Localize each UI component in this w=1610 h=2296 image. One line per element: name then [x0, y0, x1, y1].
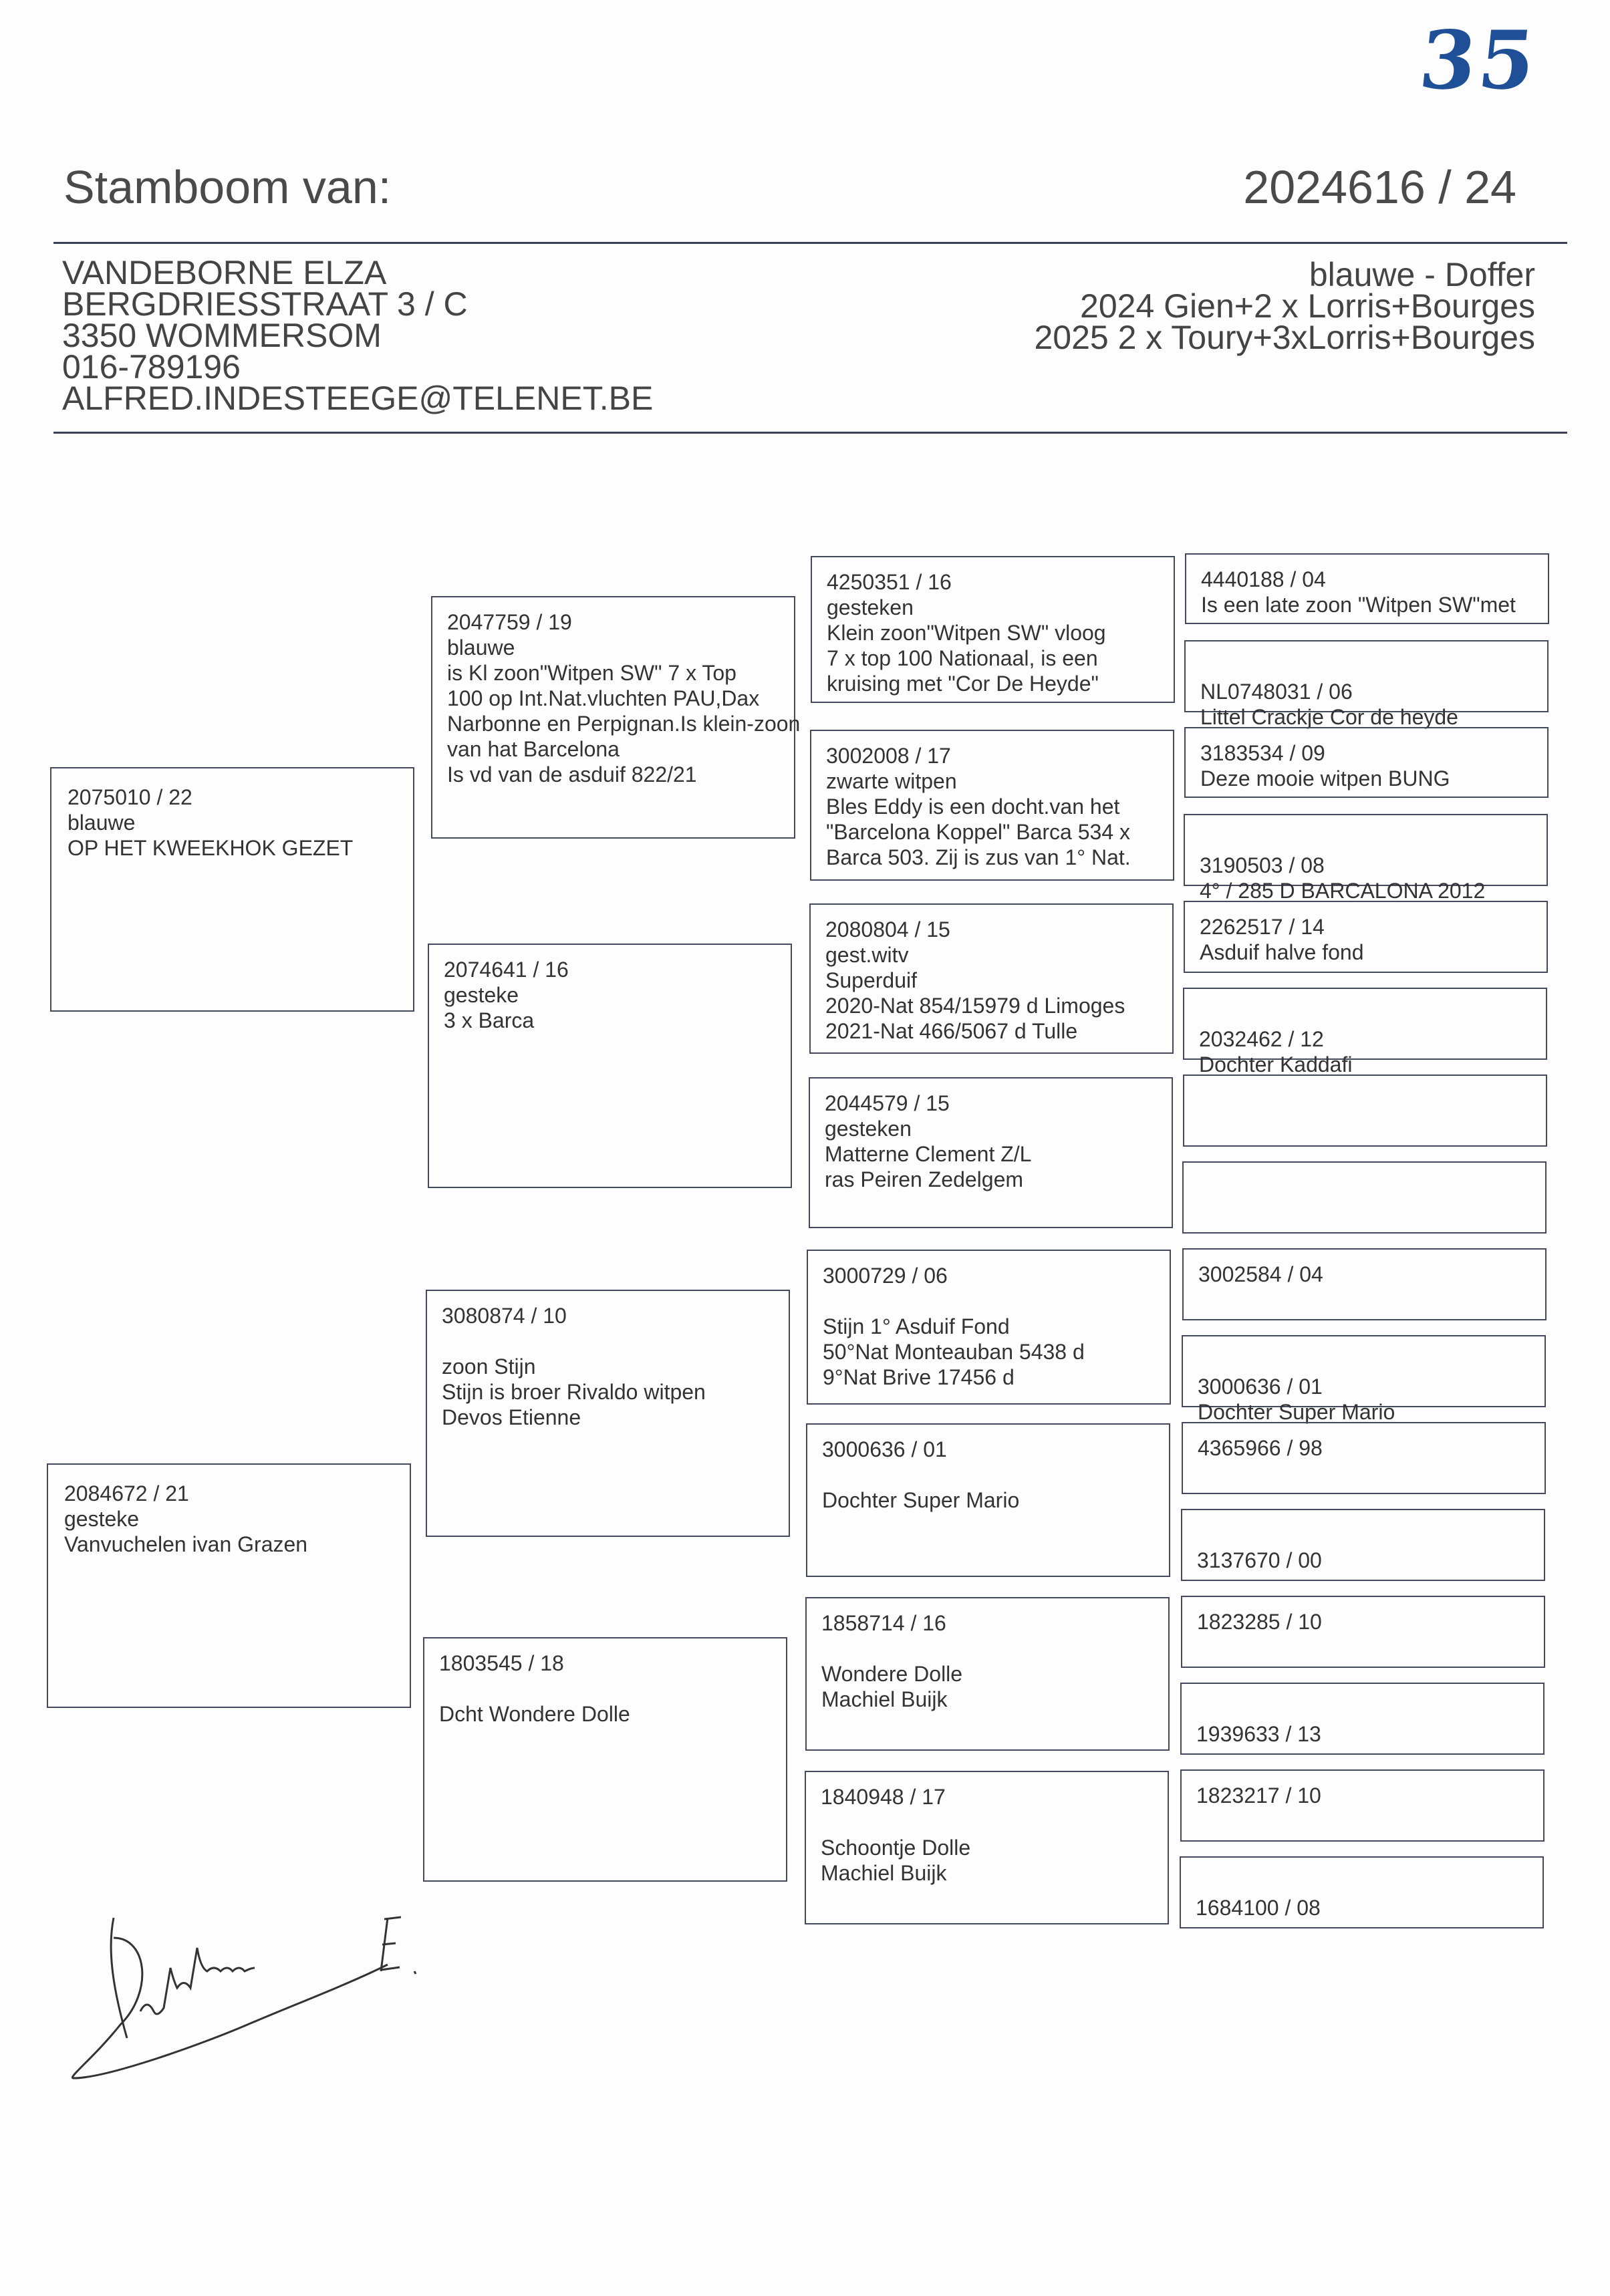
pedigree-line: Dochter Kaddafi [1199, 1052, 1546, 1077]
pedigree-line: blauwe [68, 810, 413, 835]
pigeon-color-sex: blauwe - Doffer [1034, 259, 1535, 291]
great-great-grandparent-box: 3183534 / 09Deze mooie witpen BUNG [1184, 727, 1549, 798]
pedigree-line [1196, 1696, 1543, 1721]
pedigree-line [1200, 654, 1547, 679]
ring-number-text: 2074641 / 16 [444, 957, 791, 982]
great-great-grandparent-box: 3137670 / 00 [1181, 1509, 1545, 1581]
great-great-grandparent-box: 1684100 / 08 [1180, 1856, 1544, 1928]
great-great-grandparent-box [1182, 1161, 1547, 1234]
great-grandparent-box: 3000636 / 01Dochter Super Mario [806, 1423, 1170, 1577]
pedigree-line: Is vd van de asduif 822/21 [447, 762, 794, 787]
ring-number-text: 2047759 / 19 [447, 609, 794, 635]
pedigree-line: 1684100 / 08 [1196, 1895, 1542, 1920]
great-great-grandparent-box: NL0748031 / 06Littel Crackje Cor de heyd… [1184, 640, 1549, 712]
pedigree-line: zwarte witpen [826, 768, 1173, 794]
page-number: 35 [1416, 13, 1542, 108]
pedigree-line: gesteke [444, 982, 791, 1008]
ring-number: 2024616 / 24 [1243, 160, 1516, 214]
pedigree-line: Superduif [825, 968, 1172, 993]
ring-number-text: 2262517 / 14 [1200, 914, 1547, 940]
ring-number-text: 2080804 / 15 [825, 917, 1172, 942]
pedigree-line [439, 1676, 786, 1701]
ring-number-text: 2084672 / 21 [64, 1481, 410, 1506]
pedigree-line: Devos Etienne [442, 1405, 789, 1430]
pedigree-line: Dochter Super Mario [822, 1487, 1169, 1513]
pedigree-line: Stijn 1° Asduif Fond [823, 1314, 1170, 1339]
great-grandparent-box: 2080804 / 15gest.witvSuperduif2020-Nat 8… [809, 903, 1174, 1054]
great-great-grandparent-box: 3002584 / 04 [1182, 1248, 1547, 1320]
ring-number-text: 3002584 / 04 [1198, 1262, 1545, 1287]
pedigree-line: Dcht Wondere Dolle [439, 1701, 786, 1727]
ring-number-text: 4440188 / 04 [1201, 567, 1548, 592]
pedigree-line [1198, 1348, 1545, 1374]
great-great-grandparent-box: 3190503 / 084° / 285 D BARCALONA 2012 [1184, 814, 1548, 886]
pedigree-line: 4° / 285 D BARCALONA 2012 [1200, 878, 1547, 903]
pedigree-line: Littel Crackje Cor de heyde [1200, 704, 1547, 730]
pedigree-line [1196, 1870, 1542, 1895]
great-great-grandparent-box: 1823285 / 10 [1181, 1596, 1545, 1668]
pedigree-line: 2020-Nat 854/15979 d Limoges [825, 993, 1172, 1018]
pigeon-info: blauwe - Doffer 2024 Gien+2 x Lorris+Bou… [1034, 259, 1535, 353]
great-grandparent-box: 2044579 / 15gestekenMatterne Clement Z/L… [809, 1077, 1173, 1228]
grandparent-box: 3080874 / 10zoon StijnStijn is broer Riv… [426, 1290, 790, 1537]
pedigree-line: Schoontje Dolle [821, 1835, 1168, 1860]
pedigree-line: Bles Eddy is een docht.van het [826, 794, 1173, 819]
pedigree-line: Klein zoon"Witpen SW" vloog [827, 620, 1174, 645]
pedigree-line: 2021-Nat 466/5067 d Tulle [825, 1018, 1172, 1044]
pedigree-line: Narbonne en Perpignan.Is klein-zoon [447, 711, 794, 736]
great-grandparent-box: 1858714 / 16Wondere DolleMachiel Buijk [805, 1597, 1170, 1751]
pedigree-line: Stijn is broer Rivaldo witpen [442, 1379, 789, 1405]
pedigree-line: Machiel Buijk [821, 1860, 1168, 1886]
owner-city: 3350 WOMMERSOM [62, 320, 653, 351]
pedigree-line: NL0748031 / 06 [1200, 679, 1547, 704]
great-grandparent-box: 4250351 / 16gestekenKlein zoon"Witpen SW… [811, 556, 1175, 703]
pedigree-line: 9°Nat Brive 17456 d [823, 1365, 1170, 1390]
pedigree-line: kruising met "Cor De Heyde" [827, 671, 1174, 696]
info-divider [53, 432, 1567, 434]
great-great-grandparent-box [1183, 1074, 1547, 1147]
ring-number-text: 1858714 / 16 [821, 1610, 1168, 1636]
pedigree-line [442, 1328, 789, 1354]
pedigree-line [1199, 1001, 1546, 1026]
page-title: Stamboom van: [63, 160, 391, 214]
great-great-grandparent-box: 3000636 / 01Dochter Super Mario [1182, 1335, 1546, 1407]
ring-number-text: 1823285 / 10 [1197, 1609, 1544, 1634]
great-grandparent-box: 3002008 / 17zwarte witpenBles Eddy is ee… [810, 730, 1174, 881]
ring-number-text: 2075010 / 22 [68, 784, 413, 810]
pigeon-results-2025: 2025 2 x Toury+3xLorris+Bourges [1034, 322, 1535, 353]
great-great-grandparent-box: 4365966 / 98 [1182, 1422, 1546, 1494]
pedigree-line: gesteke [64, 1506, 410, 1532]
pedigree-line: is Kl zoon"Witpen SW" 7 x Top [447, 660, 794, 686]
pigeon-results-2024: 2024 Gien+2 x Lorris+Bourges [1034, 291, 1535, 322]
pedigree-line: gesteken [827, 595, 1174, 620]
pedigree-line: 3137670 / 00 [1197, 1548, 1544, 1573]
pedigree-line [822, 1462, 1169, 1487]
owner-email: ALFRED.INDESTEEGE@TELENET.BE [62, 383, 653, 414]
owner-street: BERGDRIESSTRAAT 3 / C [62, 289, 653, 320]
parent-box: 2075010 / 22blauweOP HET KWEEKHOK GEZET [50, 767, 414, 1012]
pedigree-line: zoon Stijn [442, 1354, 789, 1379]
pedigree-line: blauwe [447, 635, 794, 660]
pedigree-line [1197, 1522, 1544, 1548]
pedigree-line: 3 x Barca [444, 1008, 791, 1033]
ring-number-text: 4250351 / 16 [827, 569, 1174, 595]
pedigree-line: Asduif halve fond [1200, 940, 1547, 965]
header-divider [53, 242, 1567, 244]
ring-number-text: 3000729 / 06 [823, 1263, 1170, 1288]
pedigree-line: Matterne Clement Z/L [825, 1141, 1172, 1167]
pedigree-line: 2032462 / 12 [1199, 1026, 1546, 1052]
pedigree-line: gest.witv [825, 942, 1172, 968]
pedigree-line: ras Peiren Zedelgem [825, 1167, 1172, 1192]
owner-name: VANDEBORNE ELZA [62, 257, 653, 289]
great-great-grandparent-box: 2032462 / 12Dochter Kaddafi [1183, 988, 1547, 1060]
signature [67, 1911, 468, 2085]
pedigree-line: Deze mooie witpen BUNG [1200, 766, 1547, 791]
pedigree-line: 3000636 / 01 [1198, 1374, 1545, 1399]
pedigree-line: 3190503 / 08 [1200, 853, 1547, 878]
ring-number-text: 4365966 / 98 [1198, 1435, 1545, 1461]
pedigree-line: OP HET KWEEKHOK GEZET [68, 835, 413, 861]
grandparent-box: 2074641 / 16gesteke3 x Barca [428, 944, 792, 1188]
pedigree-line: 1939633 / 13 [1196, 1721, 1543, 1747]
pedigree-line: 100 op Int.Nat.vluchten PAU,Dax [447, 686, 794, 711]
parent-box: 2084672 / 21gestekeVanvuchelen ivan Graz… [47, 1463, 411, 1708]
ring-number-text: 2044579 / 15 [825, 1091, 1172, 1116]
great-grandparent-box: 1840948 / 17Schoontje DolleMachiel Buijk [805, 1771, 1169, 1924]
pedigree-line: gesteken [825, 1116, 1172, 1141]
great-great-grandparent-box: 2262517 / 14Asduif halve fond [1184, 901, 1548, 973]
ring-number-text: 3002008 / 17 [826, 743, 1173, 768]
ring-number-text: 3080874 / 10 [442, 1303, 789, 1328]
pedigree-line: Barca 503. Zij is zus van 1° Nat. [826, 845, 1173, 870]
great-great-grandparent-box: 1939633 / 13 [1180, 1683, 1545, 1755]
pedigree-line: 50°Nat Monteauban 5438 d [823, 1339, 1170, 1365]
owner-block: VANDEBORNE ELZA BERGDRIESSTRAAT 3 / C 33… [62, 257, 653, 414]
pedigree-line: Vanvuchelen ivan Grazen [64, 1532, 410, 1557]
ring-number-text: 3183534 / 09 [1200, 740, 1547, 766]
pedigree-line [823, 1288, 1170, 1314]
pedigree-line: "Barcelona Koppel" Barca 534 x [826, 819, 1173, 845]
owner-phone: 016-789196 [62, 351, 653, 383]
great-great-grandparent-box: 4440188 / 04Is een late zoon "Witpen SW"… [1185, 553, 1549, 624]
pedigree-line [821, 1810, 1168, 1835]
grandparent-box: 2047759 / 19blauweis Kl zoon"Witpen SW" … [431, 596, 795, 839]
pedigree-line: van hat Barcelona [447, 736, 794, 762]
pedigree-line: Is een late zoon "Witpen SW"met [1201, 592, 1548, 617]
pedigree-line [1200, 827, 1547, 853]
ring-number-text: 1803545 / 18 [439, 1651, 786, 1676]
ring-number-text: 1823217 / 10 [1196, 1783, 1543, 1808]
great-great-grandparent-box: 1823217 / 10 [1180, 1769, 1545, 1842]
pedigree-line: Wondere Dolle [821, 1661, 1168, 1687]
great-grandparent-box: 3000729 / 06Stijn 1° Asduif Fond50°Nat M… [807, 1250, 1171, 1405]
pedigree-line [821, 1636, 1168, 1661]
pedigree-line: Dochter Super Mario [1198, 1399, 1545, 1425]
pedigree-line: Machiel Buijk [821, 1687, 1168, 1712]
ring-number-text: 1840948 / 17 [821, 1784, 1168, 1810]
ring-number-text: 3000636 / 01 [822, 1437, 1169, 1462]
grandparent-box: 1803545 / 18Dcht Wondere Dolle [423, 1637, 787, 1882]
pedigree-line: 7 x top 100 Nationaal, is een [827, 645, 1174, 671]
